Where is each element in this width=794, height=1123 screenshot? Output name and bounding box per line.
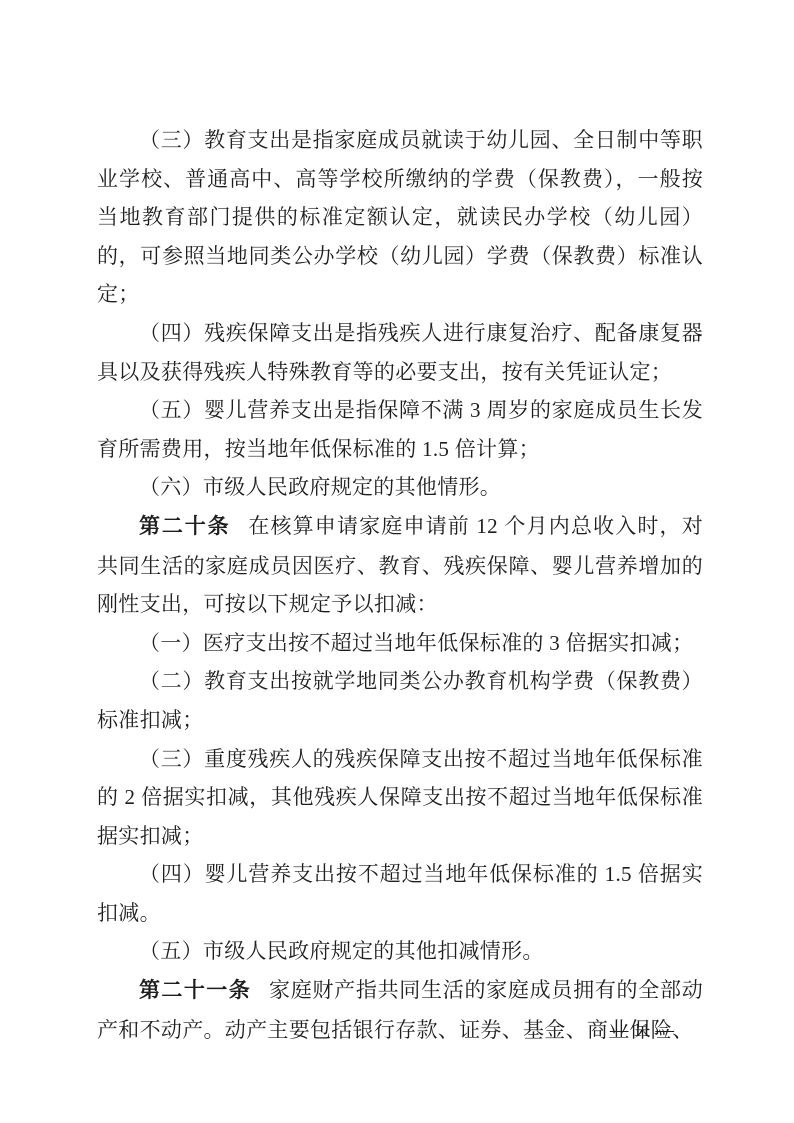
paragraph-text: （五）婴儿营养支出是指保障不满 3 周岁的家庭成员生长发育所需费用，按当地年低保… <box>97 398 703 461</box>
document-body: （三）教育支出是指家庭成员就读于幼儿园、全日制中等职业学校、普通高中、高等学校所… <box>97 121 703 1049</box>
paragraph-item-6-other-circumstances: （六）市级人民政府规定的其他情形。 <box>97 468 703 507</box>
paragraph-text: （五）市级人民政府规定的其他扣减情形。 <box>139 939 544 963</box>
document-page: （三）教育支出是指家庭成员就读于幼儿园、全日制中等职业学校、普通高中、高等学校所… <box>0 0 794 1123</box>
paragraph-text: （三）教育支出是指家庭成员就读于幼儿园、全日制中等职业学校、普通高中、高等学校所… <box>97 128 703 306</box>
paragraph-text: （二）教育支出按就学地同类公办教育机构学费（保教费）标准扣减； <box>97 669 703 732</box>
paragraph-article-20-item-4-infant: （四）婴儿营养支出按不超过当地年低保标准的 1.5 倍据实扣减。 <box>97 855 703 932</box>
article-21-heading: 第二十一条 <box>139 979 251 1002</box>
paragraph-article-20-item-3-disability: （三）重度残疾人的残疾保障支出按不超过当地年低保标准的 2 倍据实扣减，其他残疾… <box>97 740 703 856</box>
paragraph-item-3-education-expense: （三）教育支出是指家庭成员就读于幼儿园、全日制中等职业学校、普通高中、高等学校所… <box>97 121 703 314</box>
paragraph-article-20-item-1-medical: （一）医疗支出按不超过当地年低保标准的 3 倍据实扣减； <box>97 624 703 663</box>
paragraph-text: （六）市级人民政府规定的其他情形。 <box>139 475 501 499</box>
article-20-heading: 第二十条 <box>139 515 230 538</box>
paragraph-article-20: 第二十条在核算申请家庭申请前 12 个月内总收入时，对共同生活的家庭成员因医疗、… <box>97 507 703 624</box>
paragraph-text: （一）医疗支出按不超过当地年低保标准的 3 倍据实扣减； <box>139 631 693 655</box>
page-number: — 11 — <box>610 1020 674 1042</box>
paragraph-item-4-disability-expense: （四）残疾保障支出是指残疾人进行康复治疗、配备康复器具以及获得残疾人特殊教育等的… <box>97 314 703 391</box>
paragraph-text: （三）重度残疾人的残疾保障支出按不超过当地年低保标准的 2 倍据实扣减，其他残疾… <box>97 747 703 848</box>
paragraph-text: （四）残疾保障支出是指残疾人进行康复治疗、配备康复器具以及获得残疾人特殊教育等的… <box>97 321 703 384</box>
paragraph-article-20-item-2-education: （二）教育支出按就学地同类公办教育机构学费（保教费）标准扣减； <box>97 662 703 739</box>
paragraph-text: （四）婴儿营养支出按不超过当地年低保标准的 1.5 倍据实扣减。 <box>97 862 703 925</box>
paragraph-item-5-infant-nutrition-expense: （五）婴儿营养支出是指保障不满 3 周岁的家庭成员生长发育所需费用，按当地年低保… <box>97 391 703 468</box>
paragraph-article-20-item-5-other: （五）市级人民政府规定的其他扣减情形。 <box>97 932 703 971</box>
